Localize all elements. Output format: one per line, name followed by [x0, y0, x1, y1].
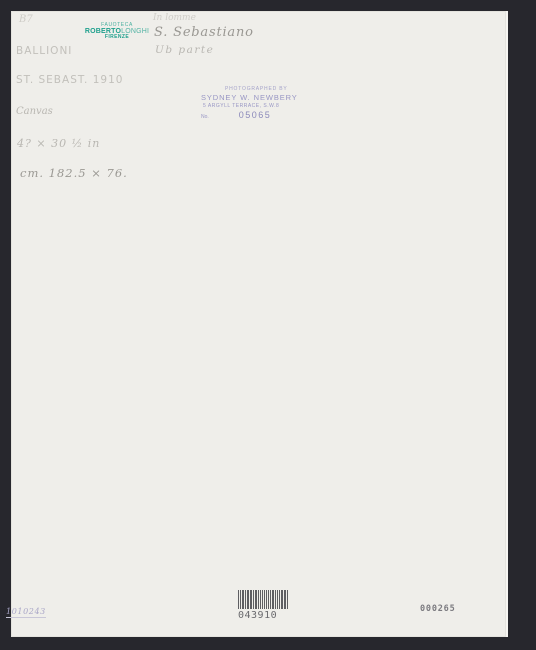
barcode-bar — [240, 590, 241, 609]
barcode-bar — [275, 590, 276, 609]
serial-number: 000265 — [420, 604, 456, 614]
barcode-bar — [284, 590, 286, 609]
inventory-number: 1010243 — [6, 607, 46, 618]
barcode-bar — [242, 590, 244, 609]
barcode-bar — [264, 590, 266, 609]
barcode-bar — [258, 590, 259, 609]
barcode-bar — [279, 590, 280, 609]
barcode-bar — [247, 590, 248, 609]
barcode-bar — [287, 590, 288, 609]
barcode-bar — [277, 590, 278, 609]
photo-verso-card: B7 BALLIONI ST. SEBAST. 1910 Canvas 4? ×… — [11, 11, 506, 637]
note-faint: In lomme — [153, 13, 196, 23]
barcode-bar — [281, 590, 282, 609]
barcode: 043910 — [238, 590, 288, 621]
subject-detail: Ub parte — [155, 44, 214, 56]
stamp-number-label: No. — [201, 114, 209, 120]
barcode-bars — [238, 590, 288, 609]
barcode-number: 043910 — [238, 610, 288, 621]
size-inches: 4? × 30 ½ in — [17, 137, 100, 150]
corner-mark: B7 — [19, 14, 33, 25]
stamp-line: 5 ARGYLL TERRACE, S.W.8 — [203, 104, 298, 109]
barcode-bar — [238, 590, 239, 609]
barcode-bar — [245, 590, 246, 609]
barcode-bar — [282, 590, 283, 609]
photographer-stamp: PHOTOGRAPHED BY SYDNEY W. NEWBERY 5 ARGY… — [201, 87, 298, 120]
barcode-bar — [253, 590, 254, 609]
title-year: ST. SEBAST. 1910 — [16, 74, 123, 86]
size-cm: cm. 182.5 × 76. — [20, 166, 128, 180]
barcode-bar — [268, 590, 269, 609]
barcode-bar — [272, 590, 274, 609]
artist-name: BALLIONI — [16, 45, 72, 57]
barcode-bar — [262, 590, 263, 609]
barcode-bar — [248, 590, 249, 609]
stamp-line: PHOTOGRAPHED BY — [225, 87, 298, 92]
stamp-number: 05065 — [239, 110, 272, 120]
fototeca-longhi-stamp: FAUOTECA ROBERTOLONGHI FIRENZE — [84, 23, 150, 40]
stamp-line: No.05065 — [201, 111, 298, 120]
medium: Canvas — [16, 106, 53, 117]
barcode-bar — [260, 590, 261, 609]
barcode-bar — [255, 590, 257, 609]
barcode-bar — [270, 590, 271, 609]
stamp-line: SYDNEY W. NEWBERY — [201, 94, 298, 102]
stamp-line: FIRENZE — [84, 35, 150, 40]
stamp-thin-text: LONGHI — [121, 28, 149, 35]
subject-title: S. Sebastiano — [154, 25, 254, 40]
barcode-bar — [266, 590, 267, 609]
barcode-bar — [250, 590, 252, 609]
